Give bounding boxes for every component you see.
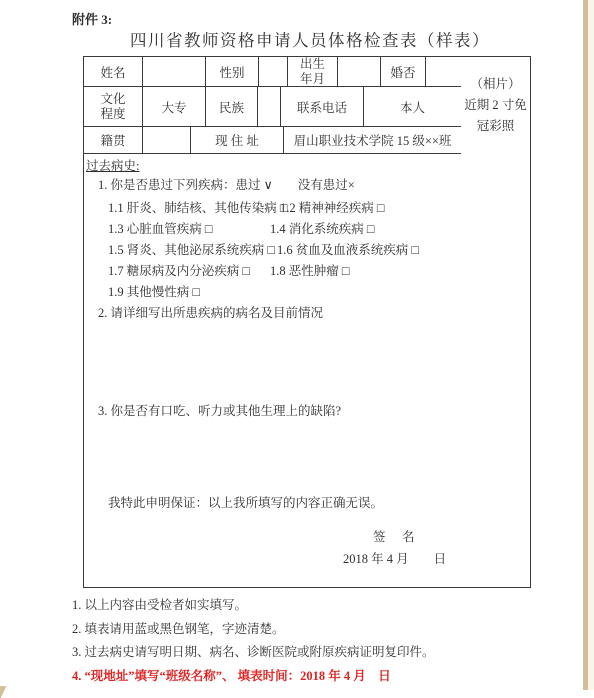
disease-item-1-7: 1.7 糖尿病及内分泌疾病 □ bbox=[108, 261, 250, 279]
native-place-label: 籍贯 bbox=[84, 127, 143, 153]
row-name-gender-birth-marital: 姓名 性别 出生年月 婚否 bbox=[84, 57, 461, 87]
birth-date-value-cell bbox=[338, 57, 381, 86]
photo-cell: （相片） 近期 2 寸免 冠彩照 bbox=[461, 57, 530, 154]
document-page: 附件 3: 四川省教师资格申请人员体格检查表（样表） 姓名 性别 出生年月 婚否… bbox=[0, 0, 594, 698]
row-education-ethnicity-phone: 文化程度 大专 民族 联系电话 本人 bbox=[84, 87, 461, 127]
address-label: 现 住 址 bbox=[191, 127, 284, 153]
photo-note-line-1: （相片） bbox=[470, 74, 520, 95]
question-3: 3. 你是否有口吃、听力或其他生理上的缺陷? bbox=[98, 401, 341, 419]
disease-item-1-8: 1.8 恶性肿瘤 □ bbox=[270, 261, 349, 279]
photo-note-line-2: 近期 2 寸免 bbox=[464, 95, 527, 116]
signature-date-line: 2018 年 4 月 日 bbox=[343, 549, 446, 567]
question-2: 2. 请详细写出所患疾病的病名及目前情况 bbox=[98, 303, 323, 321]
gender-value-cell bbox=[259, 57, 288, 86]
phone-value: 本人 bbox=[364, 87, 461, 126]
footnote-1: 1. 以上内容由受检者如实填写。 bbox=[72, 595, 247, 613]
education-label: 文化程度 bbox=[84, 87, 143, 126]
photo-note-line-3: 冠彩照 bbox=[477, 116, 515, 137]
phone-label: 联系电话 bbox=[281, 87, 364, 126]
disease-item-1-3: 1.3 心脏血管疾病 □ bbox=[108, 219, 212, 237]
disease-item-1-6: 1.6 贫血及血液系统疾病 □ bbox=[277, 240, 419, 258]
disease-item-1-5: 1.5 肾炎、其他泌尿系统疾病 □ bbox=[108, 240, 275, 258]
education-label-text: 文化程度 bbox=[99, 92, 127, 121]
disease-item-1-9: 1.9 其他慢性病 □ bbox=[108, 282, 200, 300]
ethnicity-label: 民族 bbox=[206, 87, 258, 126]
footnote-2: 2. 填表请用蓝或黑色钢笔，字迹清楚。 bbox=[72, 619, 285, 637]
native-place-value-cell bbox=[143, 127, 191, 153]
physical-exam-form-table: 姓名 性别 出生年月 婚否 文化程度 大专 民族 联系电话 本人 bbox=[83, 56, 531, 588]
form-header-rows: 姓名 性别 出生年月 婚否 文化程度 大专 民族 联系电话 本人 bbox=[84, 57, 530, 154]
name-value-cell bbox=[143, 57, 206, 86]
form-header-main: 姓名 性别 出生年月 婚否 文化程度 大专 民族 联系电话 本人 bbox=[84, 57, 461, 154]
disease-item-1-1: 1.1 肝炎、肺结核、其他传染病 □ bbox=[108, 198, 287, 216]
ethnicity-value-cell bbox=[258, 87, 281, 126]
marital-status-label: 婚否 bbox=[381, 57, 426, 86]
disease-item-1-2: 1.2 精神神经疾病 □ bbox=[280, 198, 384, 216]
address-value: 眉山职业技术学院 15 级××班 bbox=[284, 127, 461, 153]
question-1: 1. 你是否患过下列疾病：患过 ∨ 没有患过× bbox=[98, 175, 355, 193]
education-value: 大专 bbox=[143, 87, 206, 126]
disease-item-1-4: 1.4 消化系统疾病 □ bbox=[270, 219, 374, 237]
signature-label: 签 名 bbox=[373, 527, 417, 545]
footnote-4-highlighted: 4. “现地址”填写“班级名称”、 填表时间：2018 年 4 月 日 bbox=[72, 666, 391, 684]
birth-date-label-text: 出生年月 bbox=[299, 57, 327, 86]
page-corner-mark bbox=[0, 686, 10, 698]
birth-date-label: 出生年月 bbox=[288, 57, 338, 86]
attachment-label: 附件 3: bbox=[72, 9, 112, 28]
gender-label: 性别 bbox=[206, 57, 259, 86]
medical-history-section: 过去病史: 1. 你是否患过下列疾病：患过 ∨ 没有患过× 1.1 肝炎、肺结核… bbox=[84, 154, 530, 587]
page-right-edge-light bbox=[588, 0, 594, 690]
row-native-place-address: 籍贯 现 住 址 眉山职业技术学院 15 级××班 bbox=[84, 127, 461, 154]
name-label: 姓名 bbox=[84, 57, 143, 86]
medical-history-title: 过去病史: bbox=[86, 156, 139, 174]
marital-status-value-cell bbox=[426, 57, 461, 86]
declaration-statement: 我特此申明保证：以上我所填写的内容正确无误。 bbox=[108, 493, 383, 511]
form-title: 四川省教师资格申请人员体格检查表（样表） bbox=[13, 27, 594, 51]
footnote-3: 3. 过去病史请写明日期、病名、诊断医院或附原疾病证明复印件。 bbox=[72, 642, 435, 660]
